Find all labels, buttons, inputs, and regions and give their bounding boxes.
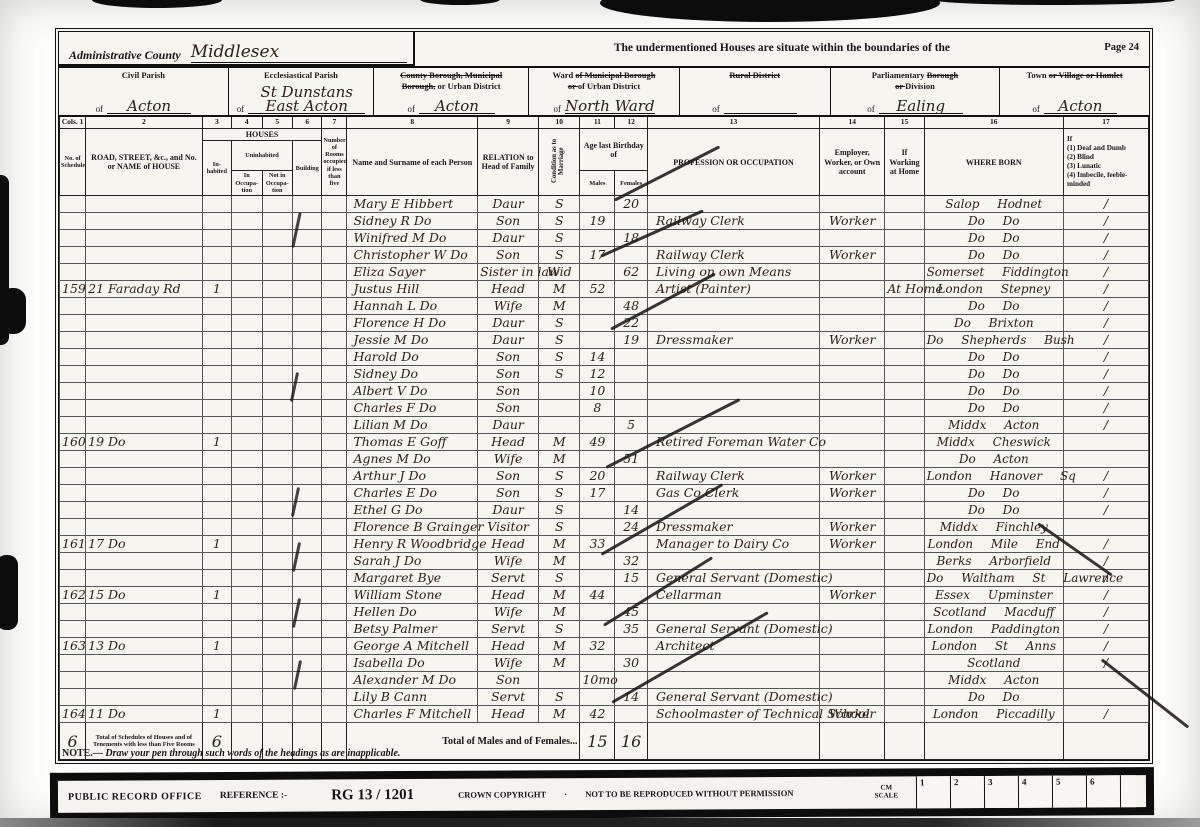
cell-relation: Daur [478,502,539,519]
cell-name: Albert V Do [347,383,478,400]
cell-at-home [885,485,924,502]
cell-age-female: 45 [615,604,648,621]
cell-at-home [885,417,924,434]
cell-uninhabited-not-in-occupation [262,349,292,366]
cm-scale-ruler: 123456 [916,775,1136,808]
cell-infirmity-mark: / [1063,383,1148,400]
cell-infirmity-mark [1063,451,1148,468]
cell-at-home [885,315,924,332]
cell-building [293,298,322,315]
cell-relation: Head [478,434,539,451]
cell-infirmity-mark: / [1063,247,1148,264]
cell-employer [820,366,885,383]
reference-number: RG 13 / 1201 [331,786,414,803]
cell-employer [820,417,885,434]
cell-where-born: London Piccadilly [924,706,1063,723]
census-row: 16019 Do1Thomas E GoffHeadM49Retired For… [60,434,1149,451]
cell-condition: S [539,570,580,587]
cell-building [293,553,322,570]
cell-at-home [885,706,924,723]
cell-address [86,485,203,502]
cell-uninhabited-not-in-occupation [262,230,292,247]
record-office-name: PUBLIC RECORD OFFICE [68,791,202,803]
page-number: Page 24 [1104,42,1139,53]
cell-uninhabited-in-occupation [232,570,262,587]
census-row: Mary E HibbertDaurS20Salop Hodnet/ [60,196,1149,213]
cell-name: Hannah L Do [347,298,478,315]
reference-label: REFERENCE :- [220,791,287,801]
cell-name: Justus Hill [347,281,478,298]
cell-uninhabited-in-occupation [232,672,262,689]
district-box-1: Ecclesiastical ParishofSt Dunstans East … [228,68,373,115]
district-value: Acton [1044,99,1117,114]
cell-name: Florence H Do [347,315,478,332]
cell-rooms [322,519,347,536]
cell-rooms [322,485,347,502]
cell-occupation [647,383,819,400]
cell-uninhabited-not-in-occupation [262,315,292,332]
cell-infirmity-mark: / [1063,366,1148,383]
cell-where-born: Essex Upminster [924,587,1063,604]
cell-where-born: Salop Hodnet [924,196,1063,213]
cell-infirmity-mark: / [1063,706,1148,723]
cell-address: 11 Do [86,706,203,723]
cell-relation: Daur [478,417,539,434]
cell-address [86,196,203,213]
col-header-rooms: Number of Rooms occupied if less than fi… [322,129,347,196]
cell-infirmity-mark: / [1063,655,1148,672]
cell-relation: Son [478,485,539,502]
cell-building [293,638,322,655]
cell-infirmity-mark [1063,672,1148,689]
cell-name: George A Mitchell [347,638,478,655]
scale-mark: 5 [1052,775,1086,807]
cell-relation: Daur [478,230,539,247]
cell-at-home [885,655,924,672]
district-label: Ecclesiastical Parish [231,70,371,81]
cell-name: Charles F Do [347,400,478,417]
cell-occupation [647,315,819,332]
column-number: 6 [293,116,322,129]
column-number: 2 [86,116,203,129]
cell-infirmity-mark: / [1063,468,1148,485]
cell-employer [820,230,885,247]
cell-at-home [885,638,924,655]
cell-relation: Son [478,349,539,366]
cell-rooms [322,298,347,315]
cell-age-female: 35 [615,621,648,638]
cell-rooms [322,366,347,383]
cell-at-home [885,230,924,247]
cell-relation: Son [478,672,539,689]
cell-condition [539,672,580,689]
cell-uninhabited-in-occupation [232,400,262,417]
cell-schedule-no [60,298,86,315]
cell-uninhabited-in-occupation [232,247,262,264]
cell-age-male: 19 [580,213,615,230]
cell-name: Betsy Palmer [347,621,478,638]
census-row: Eliza SayerSister in lawWid62Living on o… [60,264,1149,281]
col-header-age: Age last Birthday of [580,129,648,171]
cell-address [86,604,203,621]
cell-address: 17 Do [86,536,203,553]
cell-age-female [615,366,648,383]
cell-age-female: 5 [615,417,648,434]
cell-where-born: Do Do [924,230,1063,247]
cell-occupation [647,196,819,213]
cell-inhabited [202,417,231,434]
cell-age-female [615,638,648,655]
cell-address: 13 Do [86,638,203,655]
administrative-county-value: Middlesex [191,42,407,63]
cell-at-home [885,349,924,366]
cell-schedule-no [60,230,86,247]
cell-rooms [322,502,347,519]
cell-infirmity-mark [1063,689,1148,706]
cell-inhabited [202,332,231,349]
cell-at-home [885,570,924,587]
cell-inhabited: 1 [202,587,231,604]
cell-age-male [580,417,615,434]
scale-mark: 4 [1018,776,1052,808]
cell-age-female: 14 [615,502,648,519]
cell-employer: Worker [820,485,885,502]
cell-employer [820,264,885,281]
cell-employer: Worker [820,468,885,485]
district-value: Ealing [879,99,963,114]
cell-age-female: 14 [615,689,648,706]
cell-age-female [615,672,648,689]
column-number: 3 [202,116,231,129]
cell-occupation [647,502,819,519]
separator-dot: · [564,789,567,799]
cell-age-female: 48 [615,298,648,315]
cell-building [293,196,322,213]
cell-occupation [647,298,819,315]
cell-condition: S [539,247,580,264]
cell-where-born: Middx Acton [924,672,1063,689]
cell-age-female: 22 [615,315,648,332]
cell-at-home [885,468,924,485]
cell-uninhabited-not-in-occupation [262,570,292,587]
cell-condition: M [539,655,580,672]
cell-uninhabited-not-in-occupation [262,502,292,519]
cell-at-home [885,553,924,570]
cell-inhabited [202,604,231,621]
cell-occupation: Gas Co Clerk [647,485,819,502]
cell-uninhabited-not-in-occupation [262,706,292,723]
of-label: of [1032,104,1040,114]
cell-uninhabited-not-in-occupation [262,366,292,383]
cell-relation: Son [478,468,539,485]
cell-schedule-no: 164 [60,706,86,723]
cell-infirmity-mark: / [1063,298,1148,315]
census-row: Florence H DoDaurS22Do Brixton/ [60,315,1149,332]
cell-inhabited [202,349,231,366]
col-header-infirmity: If (1) Deaf and Dumb (2) Blind (3) Lunat… [1063,129,1148,196]
cell-rooms [322,417,347,434]
cell-age-female: 19 [615,332,648,349]
census-row: 15921 Faraday Rd1Justus HillHeadM52Artis… [60,281,1149,298]
cell-inhabited [202,315,231,332]
cell-age-male [580,553,615,570]
cell-relation: Son [478,400,539,417]
cell-employer [820,434,885,451]
cell-occupation: Railway Clerk [647,468,819,485]
cell-address [86,230,203,247]
cell-uninhabited-in-occupation [232,264,262,281]
col-header-where-born: WHERE BORN [924,129,1063,196]
cell-name: Arthur J Do [347,468,478,485]
cell-occupation: Railway Clerk [647,247,819,264]
census-row: 16411 Do1Charles F MitchellHeadM42School… [60,706,1149,723]
cell-rooms [322,553,347,570]
cell-schedule-no: 161 [60,536,86,553]
cell-at-home [885,502,924,519]
census-row: Agnes M DoWifeM51Do Acton [60,451,1149,468]
census-row: Charles E DoSonS17Gas Co ClerkWorkerDo D… [60,485,1149,502]
census-row: Sidney DoSonS12Do Do/ [60,366,1149,383]
cell-rooms [322,264,347,281]
column-number: Cols. 1 [60,116,86,129]
cell-occupation: Railway Clerk [647,213,819,230]
cell-condition: S [539,468,580,485]
cell-address [86,366,203,383]
cell-building [293,366,322,383]
cell-age-male: 44 [580,587,615,604]
cell-employer: Worker [820,519,885,536]
census-row: Arthur J DoSonS20Railway ClerkWorkerLond… [60,468,1149,485]
cell-relation: Wife [478,298,539,315]
cell-where-born: Do Do [924,298,1063,315]
cell-name: Lily B Cann [347,689,478,706]
cell-name: Agnes M Do [347,451,478,468]
cell-building [293,434,322,451]
cell-address [86,553,203,570]
scan-smudge [0,555,18,630]
cell-occupation: Living on own Means [647,264,819,281]
census-row: Sidney R DoSonS19Railway ClerkWorkerDo D… [60,213,1149,230]
cell-condition: M [539,281,580,298]
cell-occupation [647,417,819,434]
cell-condition: M [539,434,580,451]
cell-building [293,706,322,723]
district-label: Town or Village or Hamlet [1002,70,1147,81]
cell-where-born: Do Do [924,502,1063,519]
cell-building [293,315,322,332]
cell-rooms [322,332,347,349]
cell-address [86,570,203,587]
census-row: Hellen DoWifeM45Scotland Macduff/ [60,604,1149,621]
cell-schedule-no [60,655,86,672]
cell-occupation: Schoolmaster of Technical School [647,706,819,723]
cell-age-female [615,468,648,485]
cell-address [86,655,203,672]
cell-inhabited [202,570,231,587]
cell-inhabited [202,196,231,213]
cell-inhabited: 1 [202,434,231,451]
cell-uninhabited-in-occupation [232,451,262,468]
cell-name: William Stone [347,587,478,604]
cell-schedule-no [60,672,86,689]
cell-building [293,247,322,264]
cell-employer [820,638,885,655]
cell-relation: Daur [478,196,539,213]
census-row: Lily B CannServtS14General Servant (Dome… [60,689,1149,706]
col-header-schedule: No. of Schedule [60,129,86,196]
cell-relation: Head [478,587,539,604]
cell-address [86,519,203,536]
column-number: 9 [478,116,539,129]
cell-employer [820,383,885,400]
cell-where-born: Berks Arborfield [924,553,1063,570]
cell-rooms [322,706,347,723]
cell-building [293,213,322,230]
cell-occupation: Manager to Dairy Co [647,536,819,553]
column-number: 7 [322,116,347,129]
cell-name: Jessie M Do [347,332,478,349]
scale-mark: 1 [916,776,950,808]
cell-condition: M [539,638,580,655]
cell-schedule-no: 160 [60,434,86,451]
cell-rooms [322,689,347,706]
cell-name: Alexander M Do [347,672,478,689]
cell-address: 19 Do [86,434,203,451]
cell-where-born: Do Do [924,400,1063,417]
cell-uninhabited-not-in-occupation [262,468,292,485]
cell-uninhabited-not-in-occupation [262,196,292,213]
cell-uninhabited-not-in-occupation [262,264,292,281]
administrative-county-label: Administrative County [69,48,181,63]
column-numbers-row: Cols. 1234567891011121314151617 [60,116,1149,129]
cell-uninhabited-not-in-occupation [262,213,292,230]
cell-relation: Wife [478,655,539,672]
cell-building [293,281,322,298]
census-row: Lilian M DoDaur5Middx Acton/ [60,417,1149,434]
district-value: Acton [419,99,495,114]
census-row: Isabella DoWifeM30Scotland/ [60,655,1149,672]
cell-age-female: 18 [615,230,648,247]
column-number: 4 [232,116,262,129]
cell-inhabited [202,519,231,536]
cell-where-born: Do Do [924,213,1063,230]
cell-occupation [647,400,819,417]
cell-rooms [322,247,347,264]
cell-employer [820,298,885,315]
cell-where-born: Scotland [924,655,1063,672]
cell-schedule-no [60,604,86,621]
cell-address [86,400,203,417]
cell-age-female: 24 [615,519,648,536]
cell-age-male [580,298,615,315]
cell-where-born: Do Brixton [924,315,1063,332]
cell-building [293,332,322,349]
cell-building [293,485,322,502]
cell-where-born: Scotland Macduff [924,604,1063,621]
col-header-houses: HOUSES [202,129,322,141]
scan-smudge [0,288,26,334]
cell-age-male [580,230,615,247]
cell-address [86,383,203,400]
cell-relation: Head [478,706,539,723]
cell-relation: Servt [478,570,539,587]
cell-uninhabited-not-in-occupation [262,621,292,638]
cell-address: 15 Do [86,587,203,604]
cell-infirmity-mark: / [1063,281,1148,298]
cell-building [293,689,322,706]
cell-age-male: 8 [580,400,615,417]
district-label: Rural District [682,70,828,81]
cell-building [293,264,322,281]
cell-employer: Worker [820,332,885,349]
cell-infirmity-mark: / [1063,332,1148,349]
cell-rooms [322,468,347,485]
cell-age-male: 12 [580,366,615,383]
cell-employer [820,502,885,519]
census-row: Betsy PalmerServtS35General Servant (Dom… [60,621,1149,638]
district-box-3: Ward of Municipal Boroughor of Urban Dis… [528,68,679,115]
district-label: Civil Parish [61,70,226,81]
cell-employer [820,315,885,332]
cell-relation: Sister in law [478,264,539,281]
col-header-in-occupation: In Occupa-tion [232,171,262,196]
cell-age-male: 33 [580,536,615,553]
cell-infirmity-mark: / [1063,587,1148,604]
cell-age-male [580,655,615,672]
cell-building [293,604,322,621]
scan-smudge [420,0,500,5]
cell-inhabited [202,485,231,502]
cell-uninhabited-in-occupation [232,502,262,519]
cell-age-male: 49 [580,434,615,451]
cell-address [86,689,203,706]
cell-relation: Son [478,383,539,400]
undermentioned-statement: The undermentioned Houses are situate wi… [415,32,1149,66]
cell-uninhabited-in-occupation [232,638,262,655]
cell-uninhabited-not-in-occupation [262,400,292,417]
cell-address [86,247,203,264]
cell-age-female [615,383,648,400]
cell-age-female: 15 [615,570,648,587]
census-row: Alexander M DoSon10moMiddx Acton [60,672,1149,689]
cell-age-male: 14 [580,349,615,366]
scan-smudge [935,0,1175,5]
cell-where-born: London Mile End [924,536,1063,553]
cell-at-home [885,451,924,468]
cell-where-born: Middx Acton [924,417,1063,434]
cell-age-female [615,349,648,366]
district-header-row: Civil ParishofActonEcclesiastical Parish… [59,66,1149,115]
cell-name: Thomas E Goff [347,434,478,451]
cell-infirmity-mark [1063,434,1148,451]
cell-where-born: London Paddington [924,621,1063,638]
cell-schedule-no [60,366,86,383]
cell-uninhabited-not-in-occupation [262,247,292,264]
cell-schedule-no [60,485,86,502]
cell-name: Sidney Do [347,366,478,383]
cell-at-home [885,689,924,706]
cell-building [293,519,322,536]
cell-schedule-no [60,621,86,638]
of-label: of [237,104,245,114]
scan-smudge [600,0,940,22]
cell-inhabited [202,298,231,315]
col-header-name: Name and Surname of each Person [347,129,478,196]
total-females-value: 16 [615,723,648,760]
cell-schedule-no [60,451,86,468]
cell-at-home [885,332,924,349]
cell-schedule-no [60,468,86,485]
